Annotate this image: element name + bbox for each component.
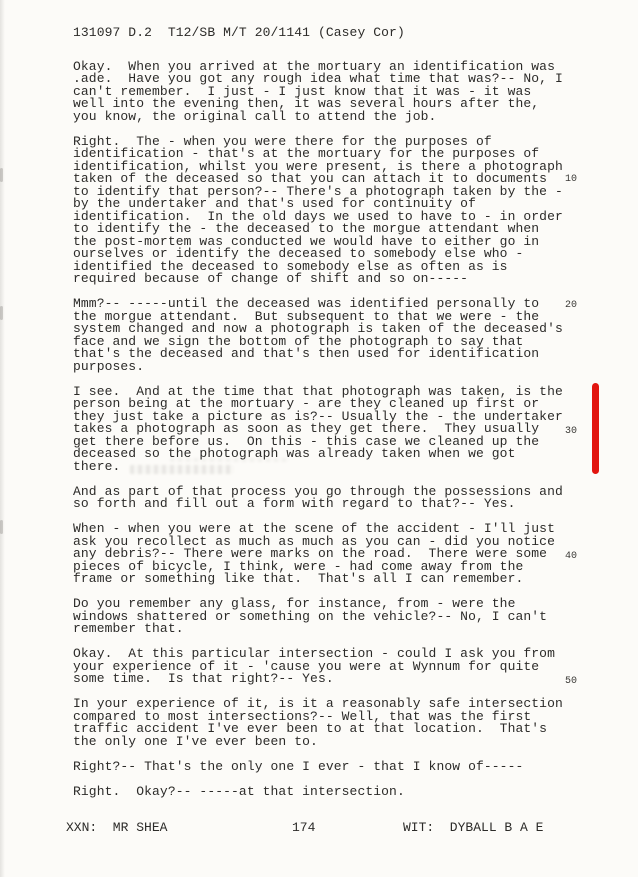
line-number-10: 10	[565, 175, 581, 185]
transcript-body: 131097 D.2 T12/SB M/T 20/1141 (Casey Cor…	[73, 27, 575, 811]
footer-witness-label: WIT: DYBALL B A E	[403, 821, 543, 834]
transcript-paragraph: In your experience of it, is it a reason…	[73, 698, 575, 748]
footer-examination-label: XXN: MR SHEA	[66, 821, 167, 834]
transcript-paragraph: Right?-- That's the only one I ever - th…	[73, 761, 575, 774]
transcript-paragraph: And as part of that process you go throu…	[73, 486, 575, 511]
scanned-transcript-page: 131097 D.2 T12/SB M/T 20/1141 (Casey Cor…	[0, 0, 638, 877]
transcript-paragraph: I see. And at the time that that photogr…	[73, 386, 575, 474]
transcript-paragraph: Do you remember any glass, for instance,…	[73, 598, 575, 636]
scan-edge-artifact	[0, 306, 3, 320]
transcript-paragraph: Okay. When you arrived at the mortuary a…	[73, 61, 575, 124]
transcript-paragraph: Mmm?-- -----until the deceased was ident…	[73, 298, 575, 373]
page-footer: XXN: MR SHEA 174 WIT: DYBALL B A E	[0, 821, 638, 835]
transcript-paragraph: When - when you were at the scene of the…	[73, 523, 575, 586]
footer-page-number: 174	[292, 821, 315, 834]
scan-edge-artifact	[0, 168, 3, 182]
red-margin-annotation-bar	[592, 383, 599, 474]
line-number-50: 50	[565, 677, 581, 687]
transcript-paragraph: Right. Okay?-- -----at that intersection…	[73, 786, 575, 799]
transcript-paragraph: Okay. At this particular intersection - …	[73, 648, 575, 686]
scan-edge-artifact	[0, 520, 3, 534]
line-number-40: 40	[565, 552, 581, 562]
line-number-30: 30	[565, 427, 581, 437]
transcript-paragraph: Right. The - when you were there for the…	[73, 136, 575, 286]
line-number-20: 20	[565, 301, 581, 311]
page-header-reference: 131097 D.2 T12/SB M/T 20/1141 (Casey Cor…	[73, 27, 575, 40]
